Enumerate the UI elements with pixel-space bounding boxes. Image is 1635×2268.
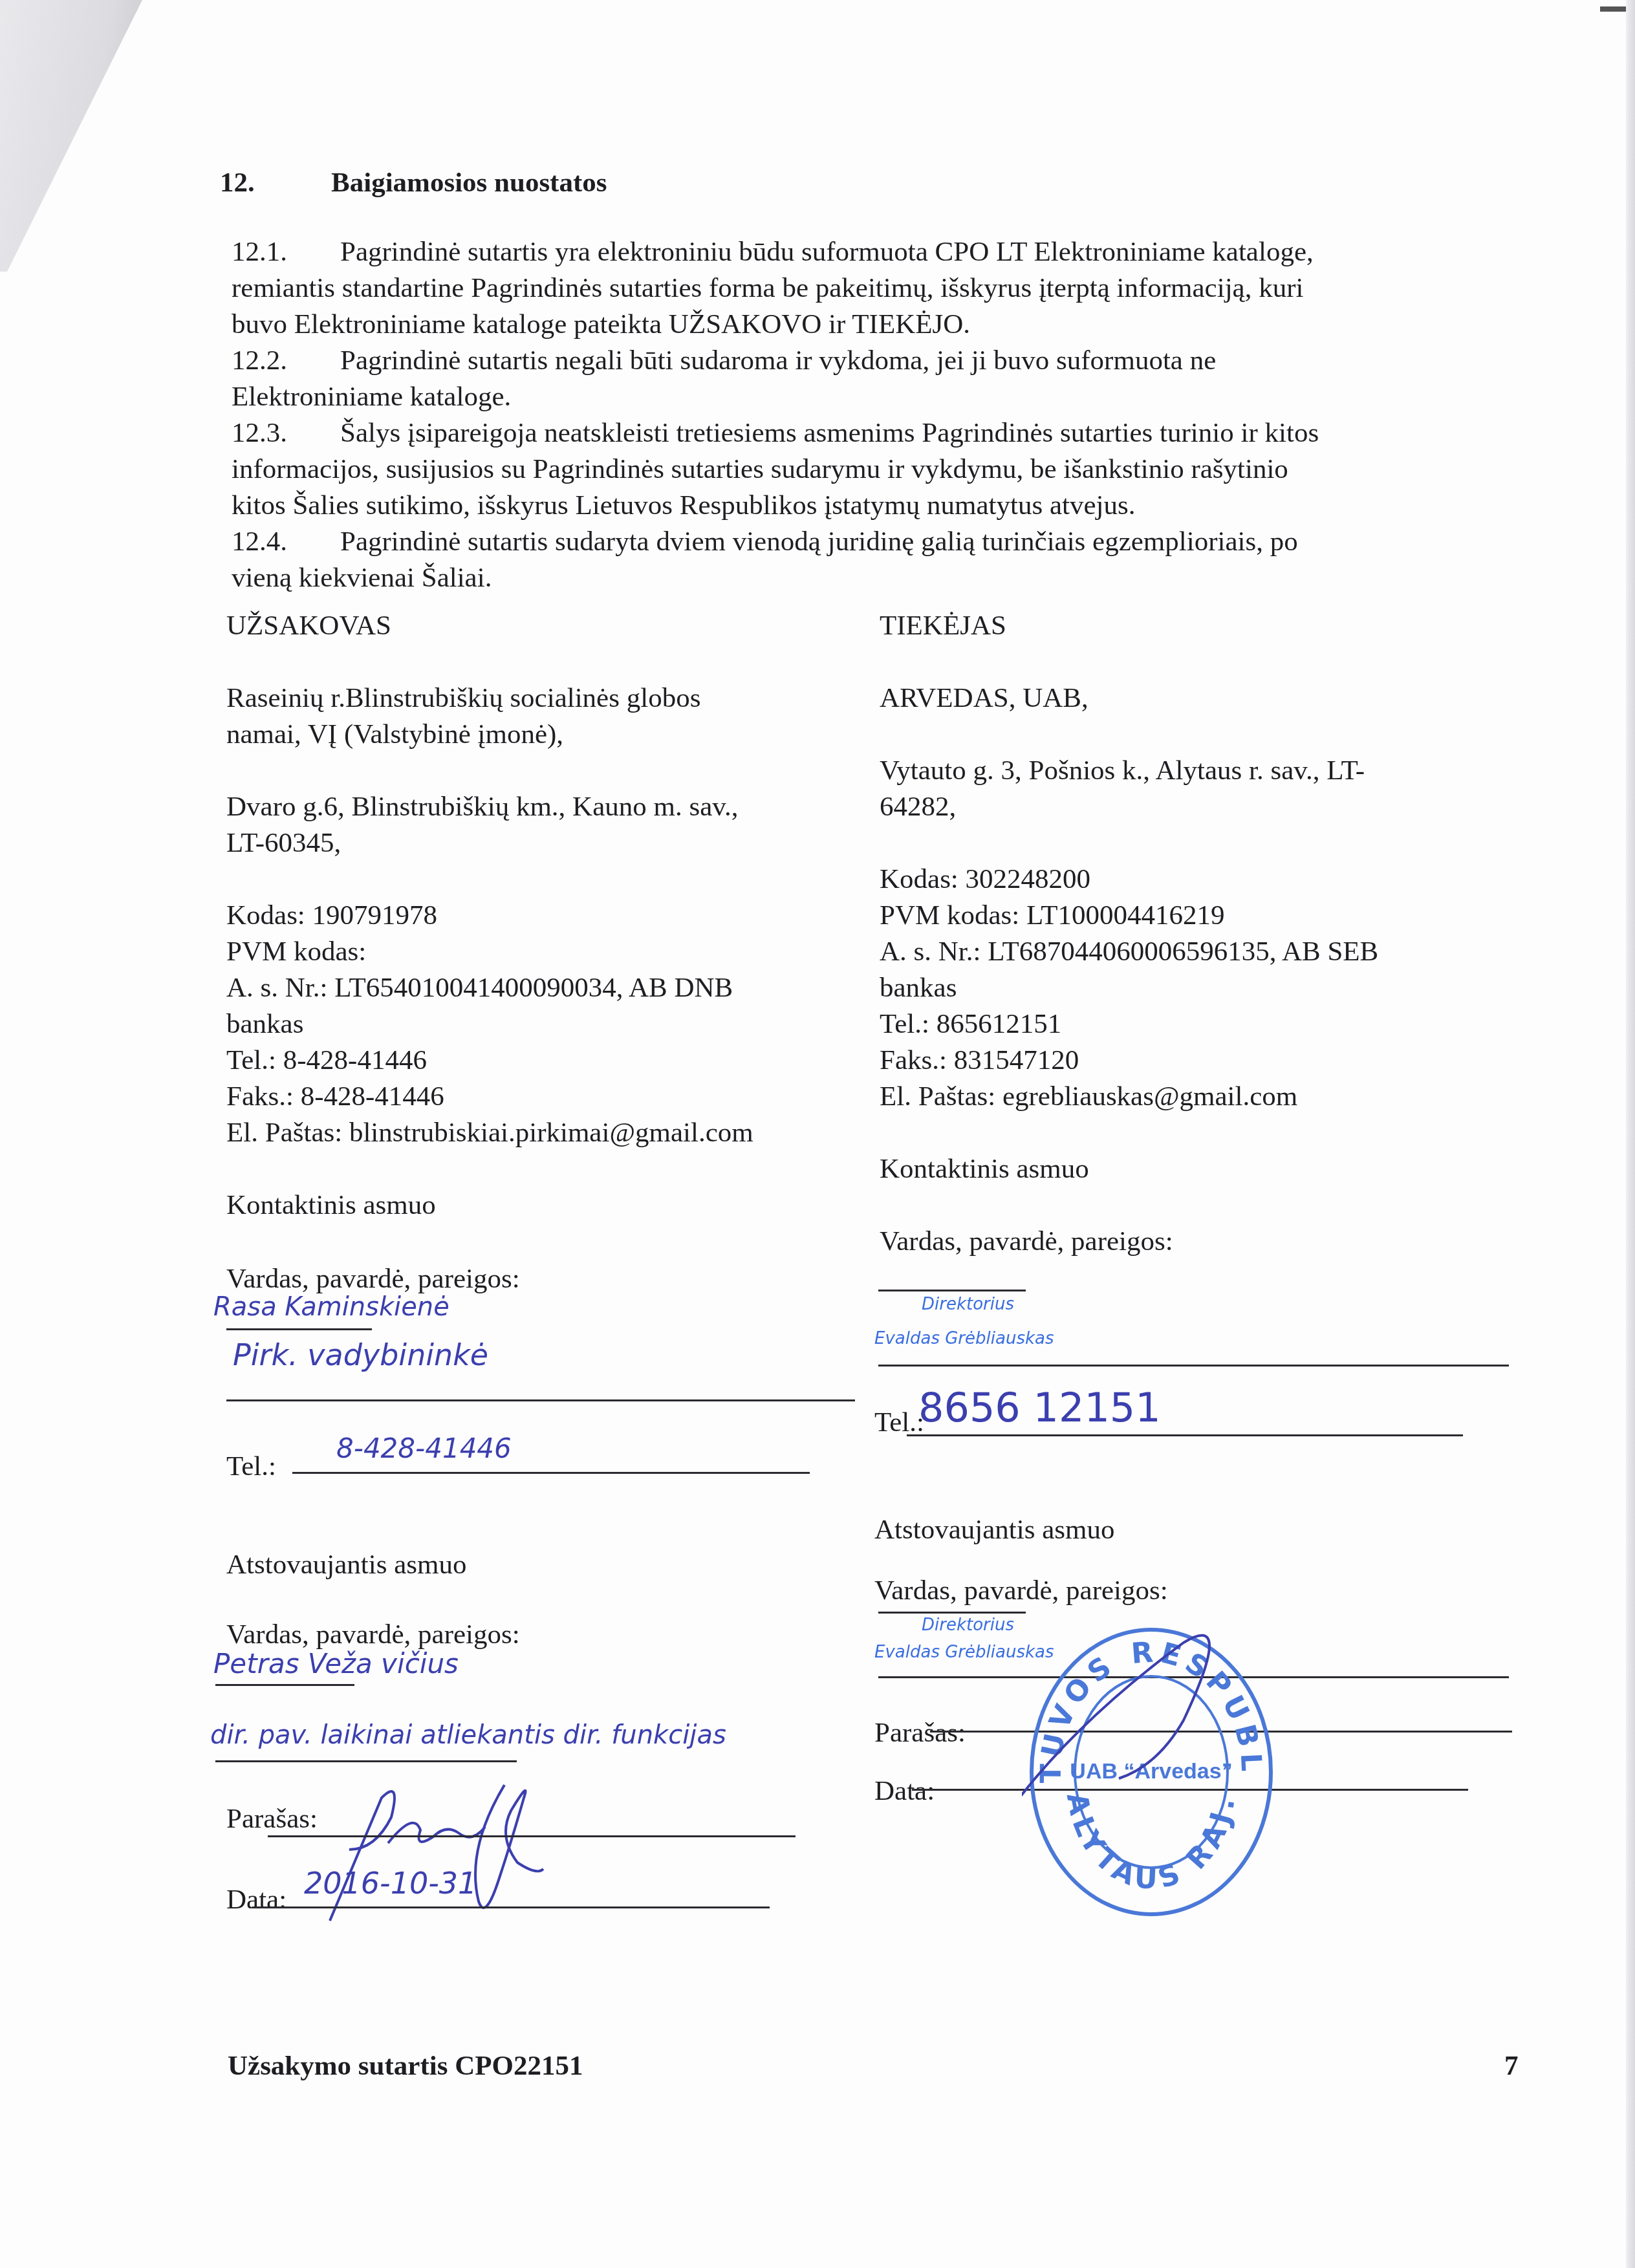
stamp-bottom-text: ALYTAUS RAJ. xyxy=(1060,1790,1242,1896)
paragraph-line: remiantis standartine Pagrindinės sutart… xyxy=(232,270,1499,307)
supplier-contact-name-line xyxy=(878,1290,1026,1291)
section-number: 12. xyxy=(220,167,331,199)
supplier-rep-label: Atstovaujantis asmuo xyxy=(874,1512,1114,1548)
supplier-email: El. Paštas: egrebliauskas@gmail.com xyxy=(880,1079,1513,1115)
supplier-contact-label: Kontaktinis asmuo xyxy=(880,1151,1513,1187)
customer-role: UŽSAKOVAS xyxy=(226,608,860,644)
customer-vat: PVM kodas: xyxy=(226,934,860,970)
supplier-contact-phone-line xyxy=(907,1434,1463,1436)
scan-page-fold xyxy=(0,0,142,272)
customer-contact-position-line xyxy=(226,1399,855,1401)
customer-rep-name-handwritten: Petras Veža vičius xyxy=(213,1648,459,1679)
scan-right-edge xyxy=(1626,0,1635,2268)
paragraph-12-1: 12.1.Pagrindinė sutartis yra elektronini… xyxy=(232,234,1499,270)
company-stamp: LIETUVOS RESPUBLIKA ALYTAUS RAJ. UAB “Ar… xyxy=(1022,1617,1281,1921)
paragraph-line: vieną kiekvienai Šaliai. xyxy=(232,560,1499,596)
supplier-name: ARVEDAS, UAB, xyxy=(880,680,1513,717)
customer-rep-position-handwritten: dir. pav. laikinai atliekantis dir. funk… xyxy=(210,1720,726,1750)
customer-block: UŽSAKOVAS Raseinių r.Blinstrubiškių soci… xyxy=(226,608,860,1224)
supplier-role: TIEKĖJAS xyxy=(880,608,1513,644)
paragraph-12-3: 12.3.Šalys įsipareigoja neatskleisti tre… xyxy=(232,415,1499,451)
paragraph-12-2: 12.2.Pagrindinė sutartis negali būti sud… xyxy=(232,343,1499,379)
paragraph-number: 12.1. xyxy=(232,234,340,270)
customer-date-handwritten: 2016-10-31 xyxy=(304,1866,477,1901)
paragraph-number: 12.2. xyxy=(232,343,340,379)
stamp-center-text: UAB “Arvedas” xyxy=(1070,1759,1232,1784)
supplier-block: TIEKĖJAS ARVEDAS, UAB, Vytauto g. 3, Poš… xyxy=(880,608,1513,1260)
paragraph-line: Šalys įsipareigoja neatskleisti tretiesi… xyxy=(340,418,1319,448)
customer-bank: A. s. Nr.: LT654010041400090034, AB DNB xyxy=(226,970,860,1006)
customer-rep-position-line xyxy=(215,1760,517,1762)
paragraph-number: 12.4. xyxy=(232,524,340,560)
customer-contact-name-handwritten: Rasa Kaminskienė xyxy=(213,1292,449,1322)
customer-phone: Tel.: 8-428-41446 xyxy=(226,1042,860,1079)
supplier-rep-name-line xyxy=(878,1612,1026,1614)
supplier-rep-name-label: Vardas, pavardė, pareigos: xyxy=(874,1573,1168,1609)
supplier-phone: Tel.: 865612151 xyxy=(880,1006,1513,1042)
customer-address: Dvaro g.6, Blinstrubiškių km., Kauno m. … xyxy=(226,789,860,825)
customer-address: LT-60345, xyxy=(226,825,860,861)
customer-fax: Faks.: 8-428-41446 xyxy=(226,1079,860,1115)
supplier-bank: A. s. Nr.: LT687044060006596135, AB SEB xyxy=(880,934,1513,970)
paragraph-line: kitos Šalies sutikimo, išskyrus Lietuvos… xyxy=(232,488,1499,524)
supplier-bank: bankas xyxy=(880,970,1513,1006)
section-title: Baigiamosios nuostatos xyxy=(331,167,607,198)
supplier-code: Kodas: 302248200 xyxy=(880,861,1513,898)
customer-contact-phone-handwritten: 8-428-41446 xyxy=(336,1432,512,1464)
supplier-signature-label: Parašas: xyxy=(874,1715,966,1751)
customer-bank: bankas xyxy=(226,1006,860,1042)
paragraph-line: Pagrindinė sutartis sudaryta dviem vieno… xyxy=(340,526,1298,557)
supplier-address: 64282, xyxy=(880,789,1513,825)
customer-contact-phone-line xyxy=(292,1472,810,1474)
supplier-contact-position-line xyxy=(878,1365,1509,1366)
customer-date-line xyxy=(252,1906,770,1908)
paragraph-line: Pagrindinė sutartis negali būti sudaroma… xyxy=(340,345,1216,376)
supplier-contact-phone-handwritten: 8656 12151 xyxy=(918,1384,1161,1431)
paragraph-number: 12.3. xyxy=(232,415,340,451)
customer-email: El. Paštas: blinstrubiskiai.pirkimai@gma… xyxy=(226,1115,860,1151)
page-number: 7 xyxy=(1504,2050,1519,2082)
footer-title: Užsakymo sutartis CPO22151 xyxy=(228,2050,583,2082)
supplier-date-label: Data: xyxy=(874,1773,935,1809)
paragraph-line: informacijos, susijusios su Pagrindinės … xyxy=(232,451,1499,488)
scan-edge-mark xyxy=(1600,6,1626,12)
section-body: 12.1.Pagrindinė sutartis yra elektronini… xyxy=(232,234,1499,596)
supplier-fax: Faks.: 831547120 xyxy=(880,1042,1513,1079)
paragraph-12-4: 12.4.Pagrindinė sutartis sudaryta dviem … xyxy=(232,524,1499,560)
paragraph-line: buvo Elektroniniame kataloge pateikta UŽ… xyxy=(232,307,1499,343)
supplier-contact-stamp-title: Direktorius xyxy=(922,1295,1014,1314)
supplier-rep-stamp-title: Direktorius xyxy=(922,1615,1014,1635)
supplier-contact-stamp-name: Evaldas Grėbliauskas xyxy=(874,1329,1054,1348)
customer-contact-phone-label: Tel.: xyxy=(226,1449,276,1485)
supplier-vat: PVM kodas: LT100004416219 xyxy=(880,898,1513,934)
customer-signature-scribble xyxy=(304,1772,576,1927)
customer-contact-name-line xyxy=(226,1328,372,1330)
customer-code: Kodas: 190791978 xyxy=(226,898,860,934)
customer-rep-name-line xyxy=(215,1684,354,1686)
customer-rep-label: Atstovaujantis asmuo xyxy=(226,1547,466,1583)
paragraph-line: Pagrindinė sutartis yra elektroniniu būd… xyxy=(340,237,1314,267)
customer-date-label: Data: xyxy=(226,1882,287,1918)
supplier-address: Vytauto g. 3, Pošnios k., Alytaus r. sav… xyxy=(880,753,1513,789)
customer-signature-line xyxy=(268,1835,796,1837)
stamp-top-text: LIETUVOS RESPUBLIKA xyxy=(1022,1617,1268,1784)
paragraph-line: Elektroniniame kataloge. xyxy=(232,379,1499,415)
customer-contact-position-handwritten: Pirk. vadybininkė xyxy=(233,1337,488,1372)
svg-text:LIETUVOS RESPUBLIKA: LIETUVOS RESPUBLIKA xyxy=(1022,1617,1268,1784)
customer-name: namai, VĮ (Valstybinė įmonė), xyxy=(226,717,860,753)
customer-name: Raseinių r.Blinstrubiškių socialinės glo… xyxy=(226,680,860,717)
section-heading: 12.Baigiamosios nuostatos xyxy=(220,167,607,199)
svg-text:ALYTAUS RAJ.: ALYTAUS RAJ. xyxy=(1060,1790,1242,1896)
supplier-contact-name-label: Vardas, pavardė, pareigos: xyxy=(880,1224,1513,1260)
customer-contact-label: Kontaktinis asmuo xyxy=(226,1187,860,1224)
